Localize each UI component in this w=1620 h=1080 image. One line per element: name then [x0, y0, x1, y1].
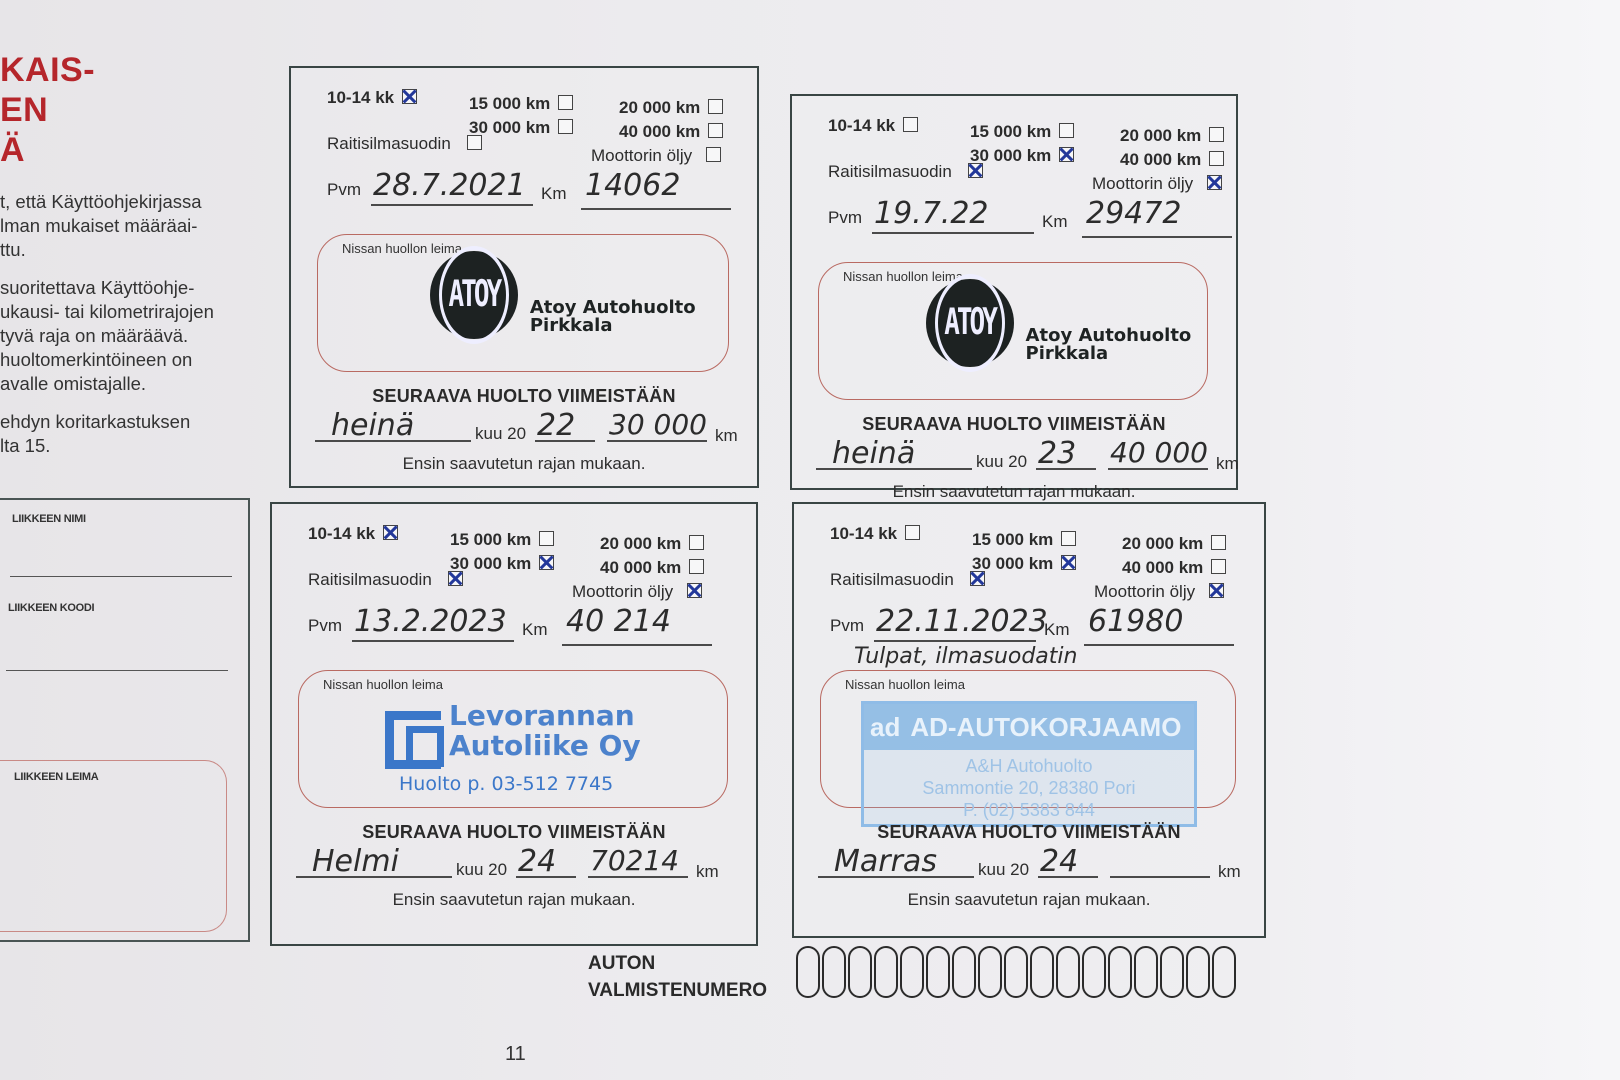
- service-record-card-1: 10-14 kk 15 000 km 20 000 km 30 000 km 4…: [289, 66, 759, 488]
- service-date[interactable]: 13.2.2023: [354, 604, 507, 639]
- vin-slot[interactable]: [848, 946, 872, 998]
- next-service-month[interactable]: heinä: [832, 436, 915, 471]
- service-km[interactable]: 40 214: [566, 604, 671, 639]
- stamp-caption: Nissan huollon leima: [323, 677, 443, 692]
- checkbox-icon[interactable]: [689, 535, 704, 550]
- section-title: KAIS- EN Ä: [0, 50, 95, 170]
- vin-slot[interactable]: [1212, 946, 1236, 998]
- service-km[interactable]: 29472: [1086, 196, 1181, 231]
- service-km[interactable]: 61980: [1088, 604, 1183, 639]
- checkbox-icon[interactable]: [467, 135, 482, 150]
- dealer-stamp-box: LIIKKEEN LEIMA: [0, 760, 227, 932]
- check-interval[interactable]: 10-14 kk: [327, 88, 417, 108]
- vin-input-slots[interactable]: [796, 946, 1238, 998]
- check-30000[interactable]: 30 000 km: [450, 554, 554, 574]
- vin-slot[interactable]: [926, 946, 950, 998]
- checkbox-icon[interactable]: [1061, 531, 1076, 546]
- next-service-year[interactable]: 23: [1038, 436, 1076, 471]
- check-air-filter[interactable]: Raitisilmasuodin: [830, 570, 985, 590]
- stamp-caption: Nissan huollon leima: [843, 269, 963, 284]
- vin-slot[interactable]: [952, 946, 976, 998]
- date-label: Pvm: [830, 616, 864, 636]
- km-unit: km: [715, 426, 738, 446]
- km-unit: km: [1218, 862, 1241, 882]
- dealer-stamp-label: LIIKKEEN LEIMA: [14, 771, 98, 783]
- month-suffix: kuu 20: [976, 452, 1027, 472]
- next-service-title: SEURAAVA HUOLTO VIIMEISTÄÄN: [272, 822, 756, 843]
- paragraph: t, että Käyttöohjekirjassa lman mukaiset…: [0, 190, 262, 262]
- checkbox-icon[interactable]: [539, 555, 554, 570]
- service-notes[interactable]: Tulpat, ilmasuodatin: [854, 644, 1077, 669]
- atoy-logo-icon: ATOY: [926, 279, 1014, 367]
- month-suffix: kuu 20: [475, 424, 526, 444]
- date-underline: [371, 204, 533, 206]
- km-underline: [562, 644, 712, 646]
- dealer-name-field[interactable]: [10, 576, 232, 577]
- km-label: Km: [1042, 212, 1068, 232]
- vin-slot[interactable]: [1186, 946, 1210, 998]
- next-service-km[interactable]: 70214: [590, 844, 679, 877]
- check-20000[interactable]: 20 000 km: [600, 534, 704, 554]
- checkbox-icon[interactable]: [1211, 535, 1226, 550]
- check-interval[interactable]: 10-14 kk: [828, 116, 918, 136]
- check-engine-oil[interactable]: Moottorin öljy: [591, 146, 721, 166]
- checkbox-icon[interactable]: [968, 163, 983, 178]
- checkbox-icon[interactable]: [1059, 147, 1074, 162]
- next-service-title: SEURAAVA HUOLTO VIIMEISTÄÄN: [792, 414, 1236, 435]
- service-record-card-3: 10-14 kk 15 000 km 20 000 km 30 000 km 4…: [270, 502, 758, 946]
- year-underline: [1038, 876, 1098, 878]
- vin-slot[interactable]: [796, 946, 820, 998]
- km-unit: km: [696, 862, 719, 882]
- vin-slot[interactable]: [900, 946, 924, 998]
- checkbox-icon[interactable]: [558, 95, 573, 110]
- vin-slot[interactable]: [1082, 946, 1106, 998]
- atoy-logo-icon: ATOY: [430, 251, 518, 339]
- month-suffix: kuu 20: [456, 860, 507, 880]
- ad-logo-icon: ad: [870, 712, 900, 742]
- checkbox-icon[interactable]: [402, 89, 417, 104]
- next-service-title: SEURAAVA HUOLTO VIIMEISTÄÄN: [794, 822, 1264, 843]
- next-service-year[interactable]: 24: [1040, 844, 1078, 879]
- vin-slot[interactable]: [1030, 946, 1054, 998]
- stamp-caption: Nissan huollon leima: [342, 241, 462, 256]
- month-underline: [296, 876, 452, 878]
- vin-slot[interactable]: [1004, 946, 1028, 998]
- check-engine-oil[interactable]: Moottorin öljy: [1094, 582, 1224, 602]
- stamp-caption: Nissan huollon leima: [845, 677, 965, 692]
- vin-label: AUTON VALMISTENUMERO: [588, 950, 767, 1004]
- vin-label-line: AUTON: [588, 950, 767, 977]
- checkbox-icon[interactable]: [706, 147, 721, 162]
- workshop-name: LevorannanAutoliike Oy: [449, 701, 641, 761]
- checkbox-icon[interactable]: [708, 99, 723, 114]
- date-label: Pvm: [828, 208, 862, 228]
- service-date[interactable]: 22.11.2023: [876, 604, 1048, 639]
- workshop-phone: Huolto p. 03-512 7745: [399, 773, 613, 795]
- month-underline: [816, 468, 972, 470]
- date-label: Pvm: [327, 180, 361, 200]
- service-km[interactable]: 14062: [585, 168, 680, 203]
- next-service-month[interactable]: Marras: [834, 844, 937, 879]
- check-15000[interactable]: 15 000 km: [972, 530, 1076, 550]
- vin-slot[interactable]: [822, 946, 846, 998]
- km-underline: [1082, 236, 1232, 238]
- service-record-card-2: 10-14 kk 15 000 km 20 000 km 30 000 km 4…: [790, 94, 1238, 490]
- checkbox-icon[interactable]: [689, 559, 704, 574]
- km-limit-underline: [588, 876, 688, 878]
- km-label: Km: [522, 620, 548, 640]
- checkbox-icon[interactable]: [1209, 127, 1224, 142]
- vin-slot[interactable]: [978, 946, 1002, 998]
- next-service-km[interactable]: 40 000: [1110, 436, 1208, 469]
- service-date[interactable]: 28.7.2021: [373, 168, 526, 203]
- check-air-filter[interactable]: Raitisilmasuodin: [308, 570, 463, 590]
- paragraph: ehdyn koritarkastuksen lta 15.: [0, 410, 262, 458]
- month-underline: [315, 440, 471, 442]
- km-underline: [581, 208, 731, 210]
- checkbox-icon[interactable]: [903, 117, 918, 132]
- title-line: EN: [0, 90, 95, 130]
- vin-slot[interactable]: [874, 946, 898, 998]
- dealer-name-label: LIIKKEEN NIMI: [12, 513, 86, 525]
- levoranta-logo-icon: [385, 711, 441, 769]
- vin-slot[interactable]: [1160, 946, 1184, 998]
- date-underline: [872, 232, 1034, 234]
- workshop-name: A&H Autohuolto: [864, 756, 1194, 777]
- footer-note: Ensin saavutetun rajan mukaan.: [272, 890, 756, 910]
- check-15000[interactable]: 15 000 km: [469, 94, 573, 114]
- service-record-card-4: 10-14 kk 15 000 km 20 000 km 30 000 km 4…: [792, 502, 1266, 938]
- year-underline: [535, 440, 595, 442]
- next-service-month[interactable]: Helmi: [312, 844, 399, 879]
- vin-label-line: VALMISTENUMERO: [588, 977, 767, 1004]
- year-underline: [516, 876, 576, 878]
- checkbox-icon[interactable]: [687, 583, 702, 598]
- km-unit: km: [1216, 454, 1239, 474]
- km-label: Km: [1044, 620, 1070, 640]
- vin-slot[interactable]: [1134, 946, 1158, 998]
- checkbox-icon[interactable]: [1211, 559, 1226, 574]
- checkbox-icon[interactable]: [905, 525, 920, 540]
- vin-slot[interactable]: [1108, 946, 1132, 998]
- check-engine-oil[interactable]: Moottorin öljy: [1092, 174, 1222, 194]
- workshop-address: Sammontie 20, 28380 Pori: [864, 778, 1194, 799]
- intro-text: t, että Käyttöohjekirjassa lman mukaiset…: [0, 190, 262, 472]
- next-service-km[interactable]: 30 000: [609, 408, 707, 441]
- check-15000[interactable]: 15 000 km: [450, 530, 554, 550]
- checkbox-icon[interactable]: [970, 571, 985, 586]
- check-40000[interactable]: 40 000 km: [1120, 150, 1224, 170]
- checkbox-icon[interactable]: [383, 525, 398, 540]
- month-underline: [818, 876, 974, 878]
- km-label: Km: [541, 184, 567, 204]
- dealer-code-label: LIIKKEEN KOODI: [8, 602, 94, 614]
- service-date[interactable]: 19.7.22: [874, 196, 989, 231]
- date-underline: [352, 640, 514, 642]
- checkbox-icon[interactable]: [1059, 123, 1074, 138]
- km-limit-underline: [1108, 468, 1208, 470]
- check-20000[interactable]: 20 000 km: [1122, 534, 1226, 554]
- ad-stamp-header: adAD-AUTOKORJAAMO: [864, 704, 1194, 750]
- title-line: Ä: [0, 130, 95, 170]
- stamp-area: Nissan huollon leima LevorannanAutoliike…: [298, 670, 728, 808]
- workshop-phone: P. (02) 5383 844: [864, 800, 1194, 821]
- footer-note: Ensin saavutetun rajan mukaan.: [291, 454, 757, 474]
- next-service-title: SEURAAVA HUOLTO VIIMEISTÄÄN: [291, 386, 757, 407]
- check-interval[interactable]: 10-14 kk: [308, 524, 398, 544]
- paragraph: suoritettava Käyttöohje- ukausi- tai kil…: [0, 276, 262, 396]
- check-air-filter[interactable]: Raitisilmasuodin: [327, 134, 482, 154]
- workshop-name: Atoy AutohuoltoPirkkala: [530, 299, 696, 335]
- page-edge: [1270, 0, 1620, 1080]
- date-label: Pvm: [308, 616, 342, 636]
- check-engine-oil[interactable]: Moottorin öljy: [572, 582, 702, 602]
- check-40000[interactable]: 40 000 km: [1122, 558, 1226, 578]
- check-air-filter[interactable]: Raitisilmasuodin: [828, 162, 983, 182]
- checkbox-icon[interactable]: [1061, 555, 1076, 570]
- stamp-area: Nissan huollon leima adAD-AUTOKORJAAMOA&…: [820, 670, 1236, 808]
- footer-note: Ensin saavutetun rajan mukaan.: [794, 890, 1264, 910]
- km-limit-underline: [1110, 876, 1210, 878]
- check-40000[interactable]: 40 000 km: [619, 122, 723, 142]
- checkbox-icon[interactable]: [448, 571, 463, 586]
- checkbox-icon[interactable]: [1207, 175, 1222, 190]
- next-service-year[interactable]: 22: [537, 408, 575, 443]
- km-underline: [1084, 644, 1234, 646]
- check-30000[interactable]: 30 000 km: [970, 146, 1074, 166]
- stamp-area: Nissan huollon leima ATOYAtoy Autohuolto…: [317, 234, 729, 372]
- vin-slot[interactable]: [1056, 946, 1080, 998]
- checkbox-icon[interactable]: [708, 123, 723, 138]
- check-interval[interactable]: 10-14 kk: [830, 524, 920, 544]
- dealer-code-field[interactable]: [6, 670, 228, 671]
- checkbox-icon[interactable]: [558, 119, 573, 134]
- check-30000[interactable]: 30 000 km: [972, 554, 1076, 574]
- check-20000[interactable]: 20 000 km: [619, 98, 723, 118]
- next-service-year[interactable]: 24: [518, 844, 556, 879]
- year-underline: [1036, 468, 1096, 470]
- workshop-name: Atoy AutohuoltoPirkkala: [1026, 327, 1192, 363]
- check-40000[interactable]: 40 000 km: [600, 558, 704, 578]
- checkbox-icon[interactable]: [539, 531, 554, 546]
- next-service-month[interactable]: heinä: [331, 408, 414, 443]
- date-underline: [874, 640, 1036, 642]
- page-number: 11: [505, 1043, 526, 1066]
- check-20000[interactable]: 20 000 km: [1120, 126, 1224, 146]
- month-suffix: kuu 20: [978, 860, 1029, 880]
- stamp-area: Nissan huollon leima ATOYAtoy Autohuolto…: [818, 262, 1208, 400]
- checkbox-icon[interactable]: [1209, 583, 1224, 598]
- checkbox-icon[interactable]: [1209, 151, 1224, 166]
- ad-stamp: adAD-AUTOKORJAAMOA&H AutohuoltoSammontie…: [861, 701, 1197, 827]
- check-15000[interactable]: 15 000 km: [970, 122, 1074, 142]
- footer-note: Ensin saavutetun rajan mukaan.: [792, 482, 1236, 502]
- check-30000[interactable]: 30 000 km: [469, 118, 573, 138]
- km-limit-underline: [607, 440, 707, 442]
- title-line: KAIS-: [0, 50, 95, 90]
